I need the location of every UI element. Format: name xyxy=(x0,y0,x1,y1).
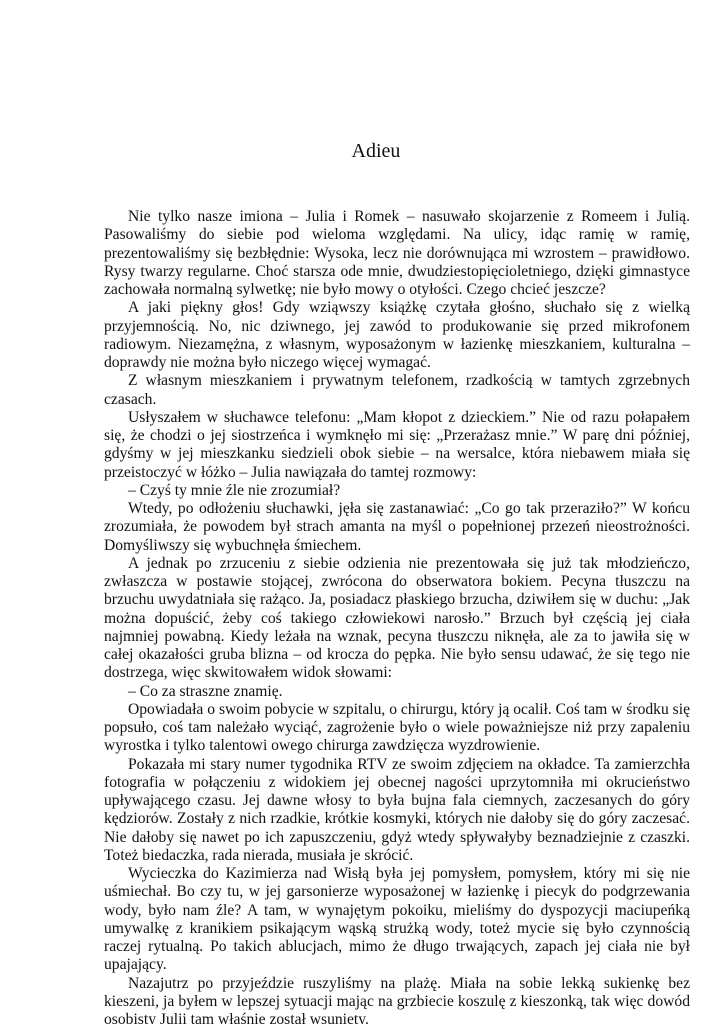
paragraph: Z własnym mieszkaniem i prywatnym telefo… xyxy=(104,372,690,409)
paragraph: Wtedy, po odłożeniu słuchawki, jęła się … xyxy=(104,500,690,555)
paragraph: Nazajutrz po przyjeździe ruszyliśmy na p… xyxy=(104,975,690,1024)
paragraph: Usłyszałem w słuchawce telefonu: „Mam kł… xyxy=(104,409,690,482)
paragraph: Opowiadała o swoim pobycie w szpitalu, o… xyxy=(104,701,690,756)
document-title: Adieu xyxy=(0,139,724,163)
paragraph: Nie tylko nasze imiona – Julia i Romek –… xyxy=(104,208,690,299)
paragraph: Wycieczka do Kazimierza nad Wisłą była j… xyxy=(104,865,690,975)
dialogue-line: – Co za straszne znamię. xyxy=(104,683,690,701)
paragraph: Pokazała mi stary numer tygodnika RTV ze… xyxy=(104,756,690,866)
paragraph: A jaki piękny głos! Gdy wziąwszy książkę… xyxy=(104,299,690,372)
paragraph: A jednak po zrzuceniu z siebie odzienia … xyxy=(104,555,690,683)
document-page: Adieu Nie tylko nasze imiona – Julia i R… xyxy=(0,0,724,1024)
document-body: Nie tylko nasze imiona – Julia i Romek –… xyxy=(104,208,690,1024)
dialogue-line: – Czyś ty mnie źle nie zrozumiał? xyxy=(104,482,690,500)
